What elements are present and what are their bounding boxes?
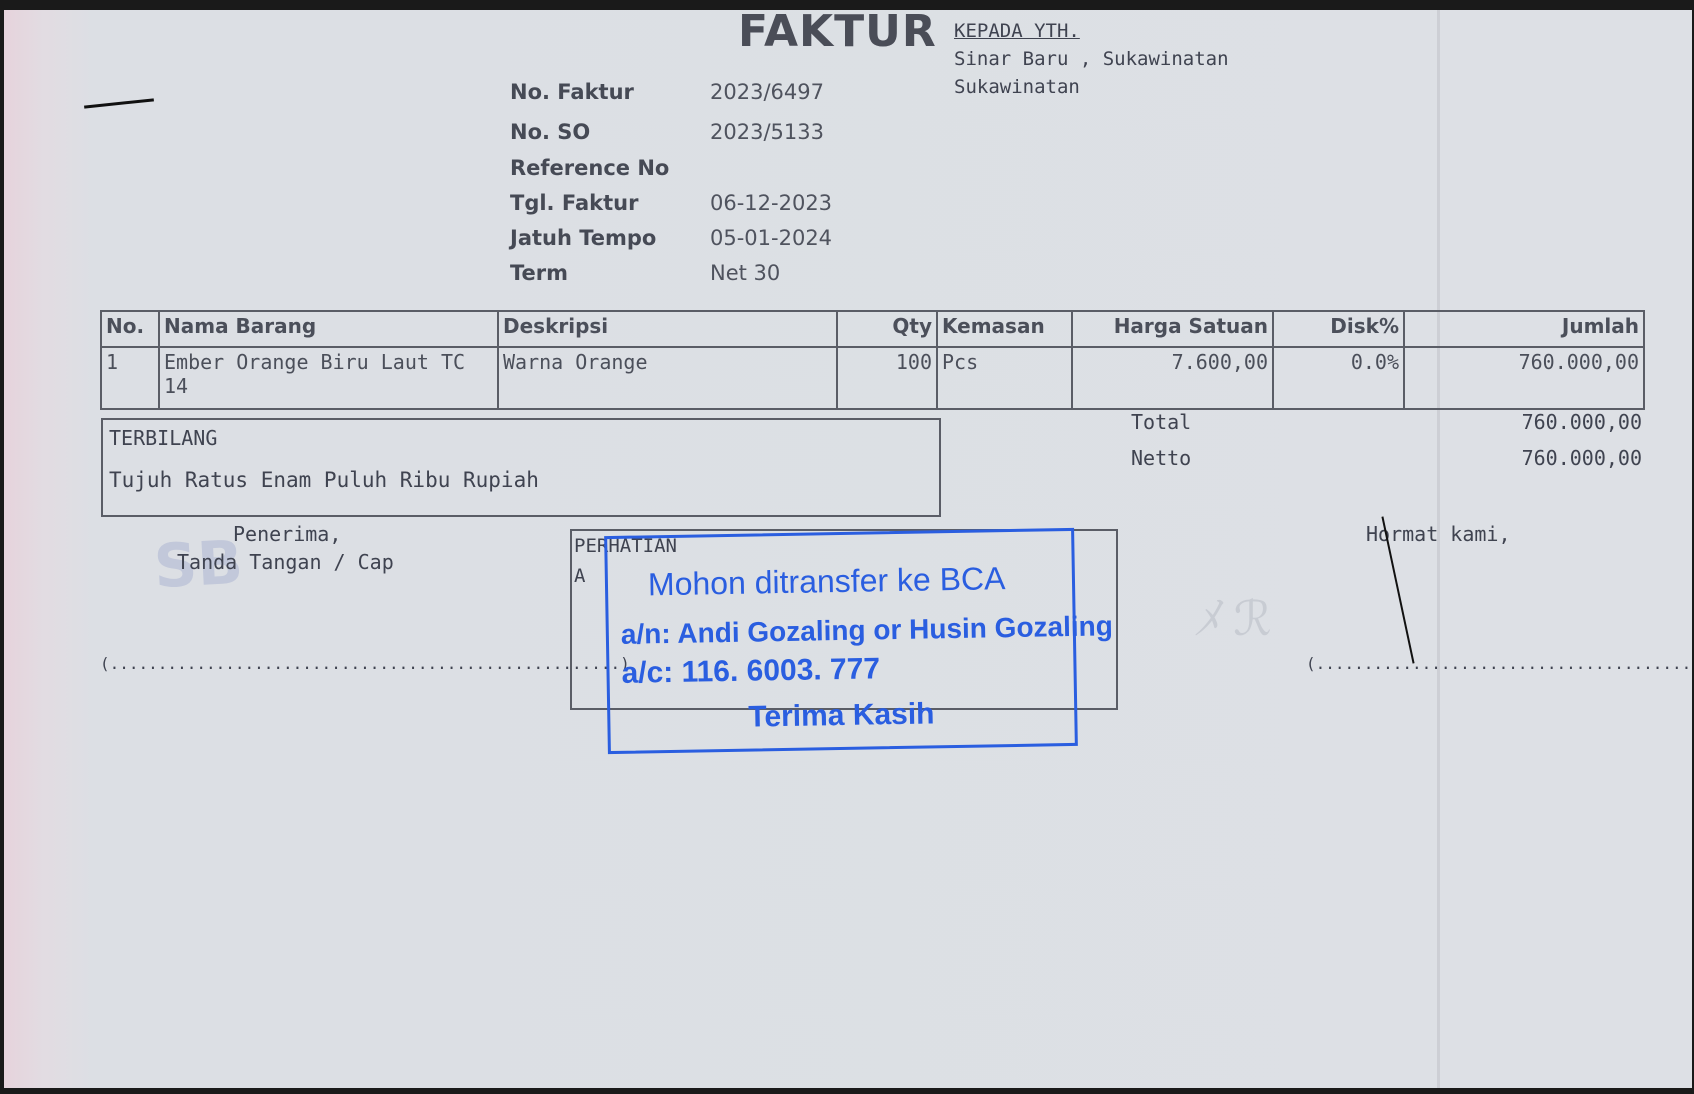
receiver-sign-line: (.......................................…: [100, 654, 630, 673]
meta-label: Term: [510, 261, 568, 285]
cell-kemasan: Pcs: [937, 347, 1072, 409]
receiver-line-2: Tanda Tangan / Cap: [177, 550, 394, 574]
meta-label: Jatuh Tempo: [510, 226, 656, 250]
cell-harga-satuan: 7.600,00: [1072, 347, 1273, 409]
col-header-disk: Disk%: [1273, 311, 1404, 347]
table-row: 1 Ember Orange Biru Laut TC 14 Warna Ora…: [101, 347, 1644, 409]
col-header-no: No.: [101, 311, 159, 347]
col-header-nama-barang: Nama Barang: [159, 311, 498, 347]
meta-label: Tgl. Faktur: [510, 191, 638, 215]
meta-label: No. SO: [510, 120, 590, 144]
cell-no: 1: [101, 347, 159, 409]
netto-label: Netto: [1131, 446, 1191, 470]
total-value: 760.000,00: [1522, 410, 1642, 434]
meta-label: No. Faktur: [510, 80, 634, 104]
cell-deskripsi: Warna Orange: [498, 347, 837, 409]
meta-value: 2023/5133: [710, 120, 824, 144]
pen-mark: [84, 98, 154, 108]
stamp-line-2: a/n: Andi Gozaling or Husin Gozaling: [621, 610, 1114, 651]
meta-value: 06-12-2023: [710, 191, 832, 215]
recipient-line-1: Sinar Baru , Sukawinatan: [954, 48, 1229, 70]
terbilang-box: TERBILANG Tujuh Ratus Enam Puluh Ribu Ru…: [101, 418, 941, 517]
cell-nama-barang: Ember Orange Biru Laut TC 14: [159, 347, 498, 409]
receiver-line-1: Penerima,: [233, 522, 341, 546]
recipient-label: KEPADA YTH.: [954, 20, 1080, 42]
col-header-jumlah: Jumlah: [1404, 311, 1644, 347]
meta-label: Reference No: [510, 156, 669, 180]
netto-value: 760.000,00: [1522, 446, 1642, 470]
col-header-qty: Qty: [837, 311, 937, 347]
col-header-harga-satuan: Harga Satuan: [1072, 311, 1273, 347]
paper-fold-line: [1437, 10, 1440, 1088]
terbilang-label: TERBILANG: [109, 426, 217, 450]
stamp-line-1: Mohon ditransfer ke BCA: [648, 560, 1006, 603]
stamp-line-4: Terima Kasih: [748, 697, 935, 734]
stamp-line-3: a/c: 116. 6003. 777: [621, 652, 880, 691]
faded-signature: ﾒ ℛ: [1194, 580, 1272, 649]
bank-transfer-stamp: Mohon ditransfer ke BCA a/n: Andi Gozali…: [604, 528, 1078, 754]
sender-sign-line: (.......................................…: [1306, 654, 1692, 673]
table-header-row: No. Nama Barang Deskripsi Qty Kemasan Ha…: [101, 311, 1644, 347]
perhatian-mark: A: [574, 565, 585, 587]
invoice-paper: SB FAKTUR KEPADA YTH. Sinar Baru , Sukaw…: [4, 10, 1692, 1088]
meta-value: 05-01-2024: [710, 226, 832, 250]
terbilang-text: Tujuh Ratus Enam Puluh Ribu Rupiah: [109, 468, 539, 492]
col-header-deskripsi: Deskripsi: [498, 311, 837, 347]
total-label: Total: [1131, 410, 1191, 434]
items-table: No. Nama Barang Deskripsi Qty Kemasan Ha…: [100, 310, 1645, 410]
recipient-line-2: Sukawinatan: [954, 76, 1080, 98]
cell-qty: 100: [837, 347, 937, 409]
meta-value: Net 30: [710, 261, 780, 285]
cell-disk: 0.0%: [1273, 347, 1404, 409]
cell-jumlah: 760.000,00: [1404, 347, 1644, 409]
col-header-kemasan: Kemasan: [937, 311, 1072, 347]
meta-value: 2023/6497: [710, 80, 824, 104]
document-title: FAKTUR: [738, 10, 937, 57]
